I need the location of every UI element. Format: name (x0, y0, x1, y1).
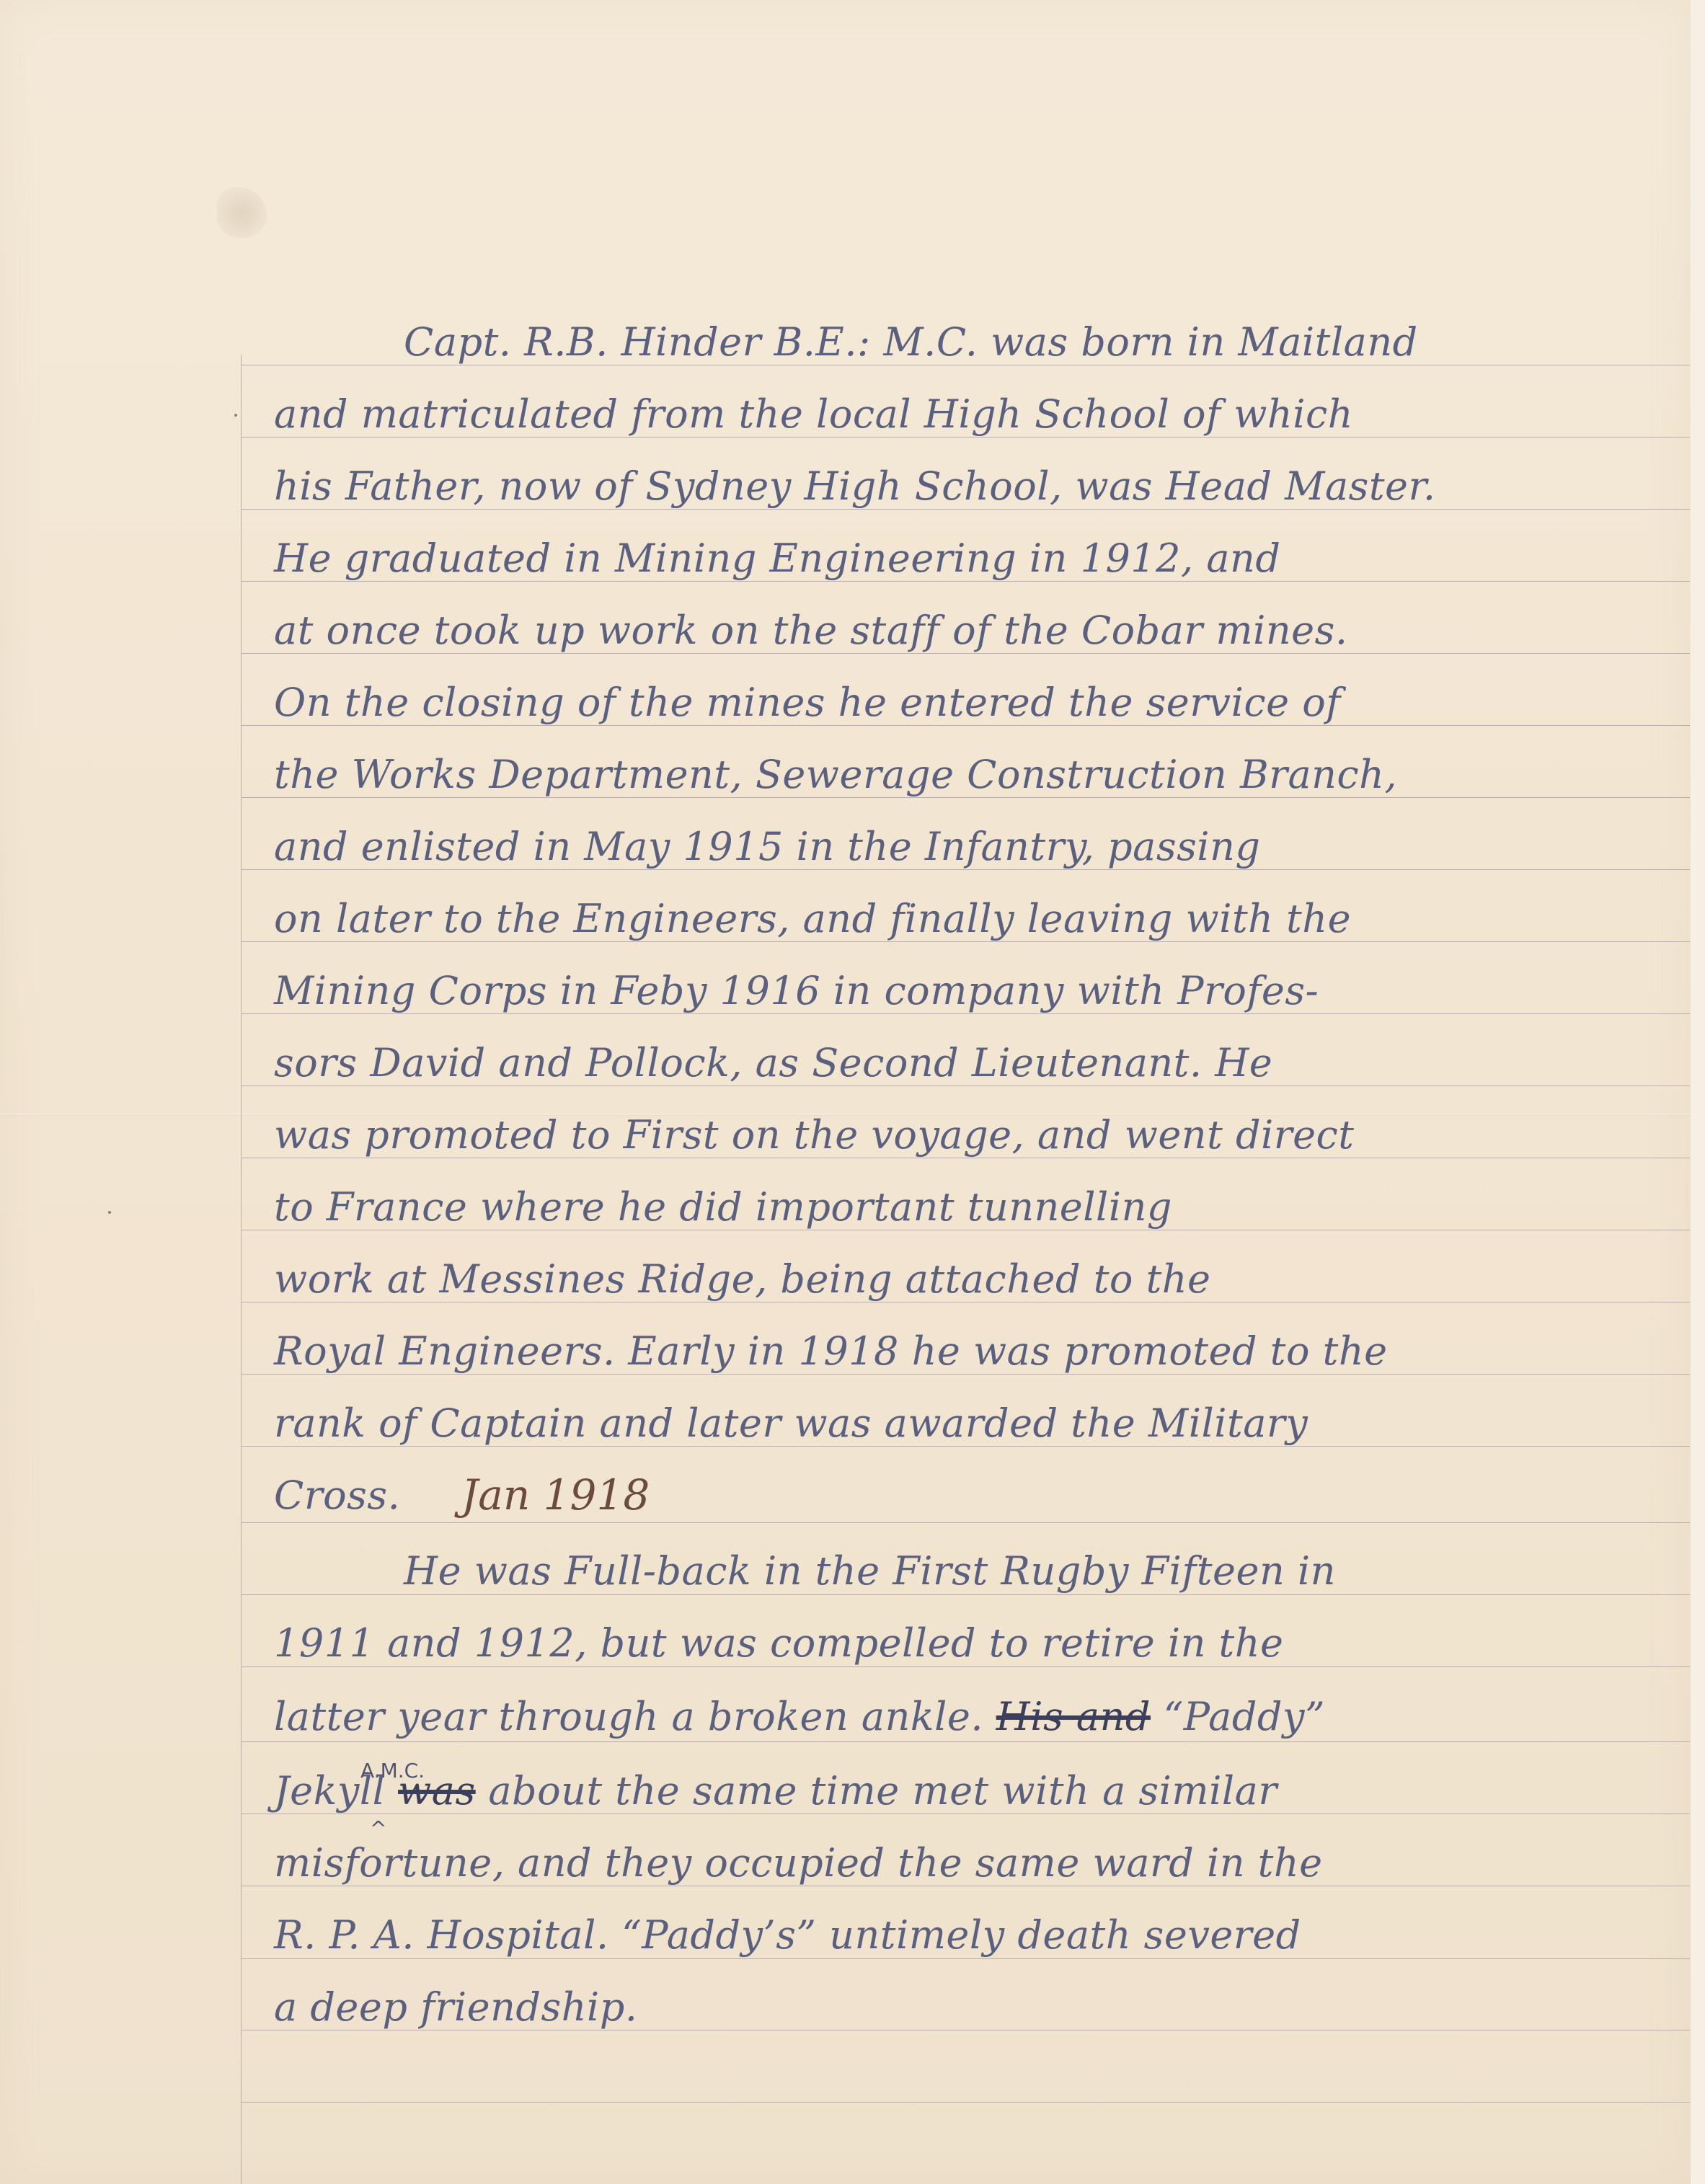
text-segment: latter year through a broken ankle. (274, 1694, 983, 1739)
text-line: and enlisted in May 1915 in the Infantry… (274, 814, 1680, 879)
text-segment: “Paddy” (1164, 1694, 1325, 1739)
text-segment: Jekyll (274, 1768, 385, 1814)
text-line: Jekyll was about the same time met with … (274, 1759, 1680, 1824)
ink-speck (108, 1211, 111, 1214)
paper-sheet: Capt. R.B. Hinder B.E.: M.C. was born in… (0, 0, 1692, 2184)
text-line: the Works Department, Sewerage Construct… (274, 742, 1680, 807)
text-line: and matriculated from the local High Sch… (274, 382, 1680, 447)
ruled-line (241, 2102, 1690, 2103)
text-line: R. P. A. Hospital. “Paddy’s” untimely de… (274, 1903, 1680, 1968)
struck-text: His and (996, 1694, 1151, 1739)
text-line: latter year through a broken ankle. His … (274, 1684, 1680, 1749)
text-line: a deep friendship. (274, 1975, 1680, 2040)
text-line: his Father, now of Sydney High School, w… (274, 454, 1680, 519)
text-line: work at Messines Ridge, being attached t… (274, 1247, 1680, 1312)
struck-text: was (398, 1768, 476, 1814)
text-line: was promoted to First on the voyage, and… (274, 1103, 1680, 1168)
ink-speck (234, 414, 237, 417)
text-line: Royal Engineers. Early in 1918 he was pr… (274, 1319, 1680, 1384)
text-line: rank of Captain and later was awarded th… (274, 1391, 1680, 1456)
date-annotation: Jan 1918 (461, 1470, 650, 1519)
text-line: to France where he did important tunnell… (274, 1175, 1680, 1240)
text-line: at once took up work on the staff of the… (274, 598, 1680, 663)
text-line: He graduated in Mining Engineering in 19… (274, 526, 1680, 591)
text-line: misfortune, and they occupied the same w… (274, 1831, 1680, 1896)
text-line: sors David and Pollock, as Second Lieute… (274, 1031, 1680, 1096)
text-line: On the closing of the mines he entered t… (274, 670, 1680, 735)
paper-blemish (216, 187, 267, 238)
page-edge (1691, 0, 1705, 2184)
text-line: He was Full-back in the First Rugby Fift… (404, 1539, 1705, 1604)
text-line: Mining Corps in Feby 1916 in company wit… (274, 959, 1680, 1024)
text-segment: about the same time met with a similar (488, 1768, 1277, 1814)
text-line: Capt. R.B. Hinder B.E.: M.C. was born in… (404, 310, 1705, 375)
margin-line (241, 355, 242, 2184)
text-line: on later to the Engineers, and finally l… (274, 887, 1680, 951)
text-line: 1911 and 1912, but was compelled to reti… (274, 1611, 1680, 1676)
